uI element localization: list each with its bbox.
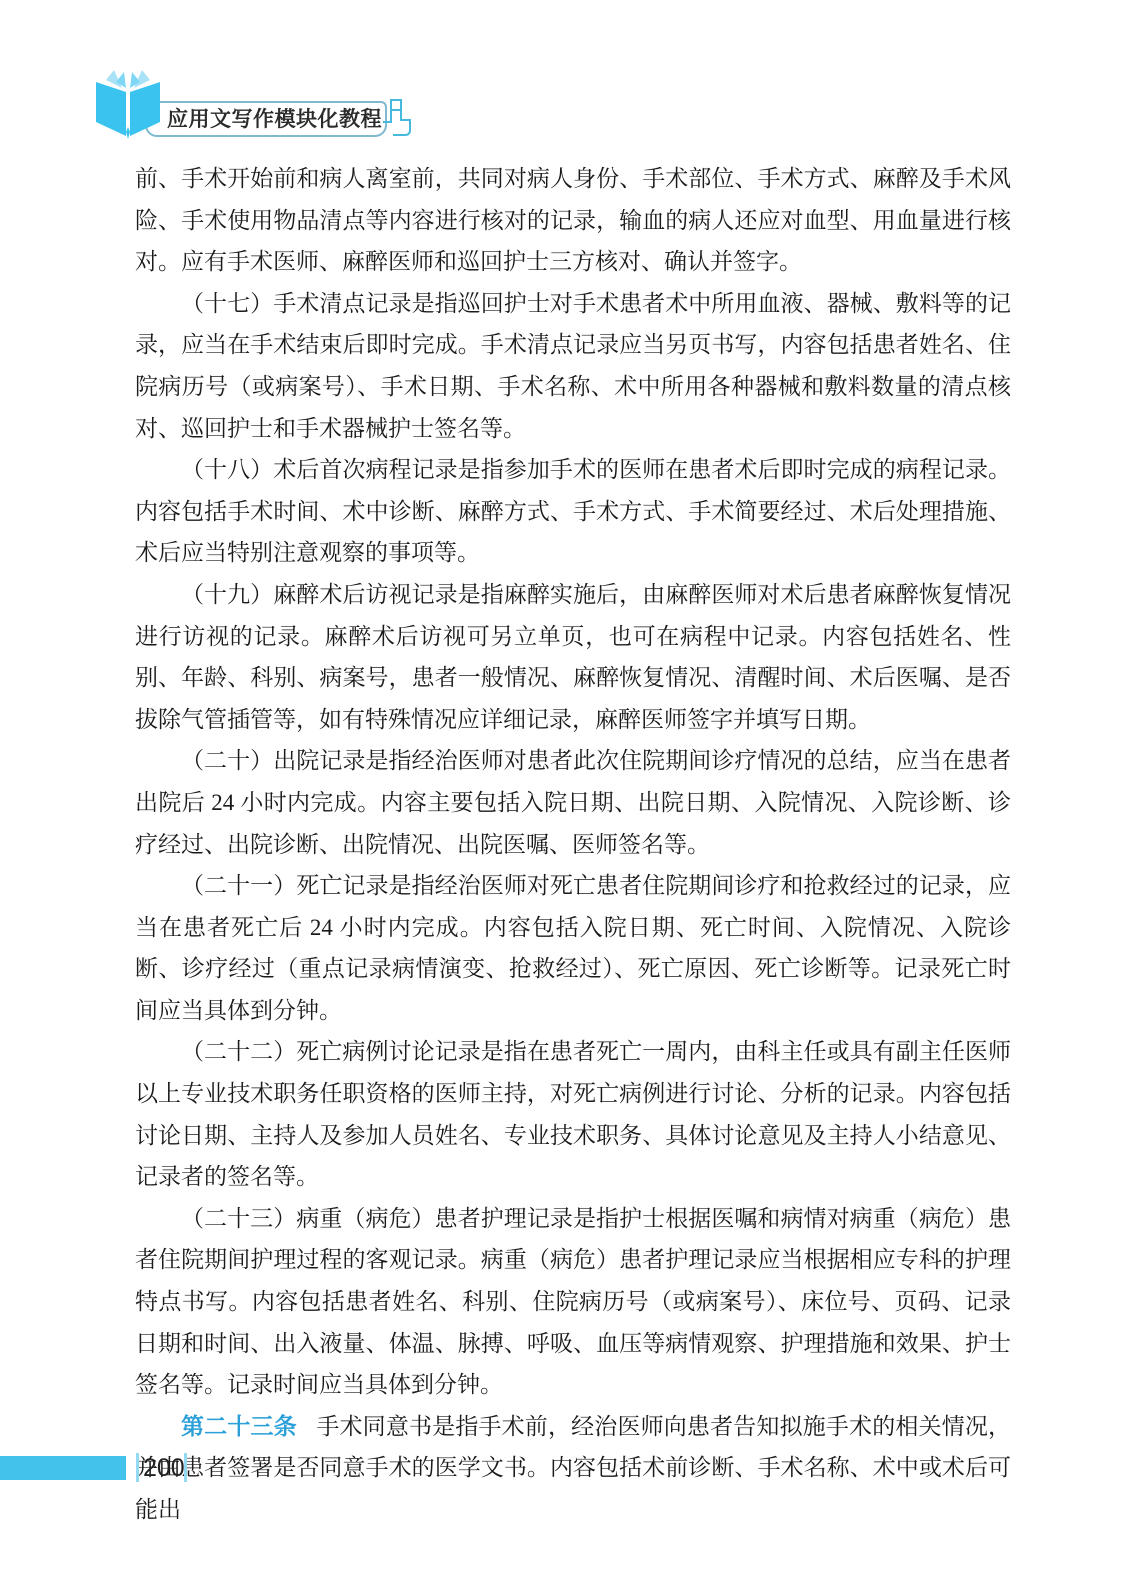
footer-tick-right [184,1453,187,1482]
book-title: 应用文写作模块化教程 [167,104,387,136]
page-number: 200 [143,1453,183,1483]
page-body: 前、手术开始前和病人离室前，共同对病人身份、手术部位、手术方式、麻醉及手术风险、… [135,158,1011,1531]
corner-ornament-icon [383,94,425,138]
document-page: 应用文写作模块化教程 前、手术开始前和病人离室前，共同对病人身份、手术部位、手术… [0,0,1127,1570]
paragraph-continuation: 前、手术开始前和病人离室前，共同对病人身份、手术部位、手术方式、麻醉及手术风险、… [135,158,1011,283]
book-logo-icon [88,64,168,142]
paragraph-item-23: （二十三）病重（病危）患者护理记录是指护士根据医嘱和病情对病重（病危）患者住院期… [135,1198,1011,1406]
paragraph-item-18: （十八）术后首次病程记录是指参加手术的医师在患者术后即时完成的病程记录。内容包括… [135,449,1011,574]
paragraph-article-23: 第二十三条手术同意书是指手术前，经治医师向患者告知拟施手术的相关情况，并由患者签… [135,1406,1011,1531]
footer-accent-bar [0,1456,126,1480]
article-number-label: 第二十三条 [181,1413,297,1439]
paragraph-item-20: （二十）出院记录是指经治医师对患者此次住院期间诊疗情况的总结，应当在患者出院后 … [135,740,1011,865]
paragraph-item-17: （十七）手术清点记录是指巡回护士对手术患者术中所用血液、器械、敷料等的记录，应当… [135,283,1011,449]
paragraph-item-21: （二十一）死亡记录是指经治医师对死亡患者住院期间诊疗和抢救经过的记录，应当在患者… [135,865,1011,1031]
paragraph-item-22: （二十二）死亡病例讨论记录是指在患者死亡一周内，由科主任或具有副主任医师以上专业… [135,1031,1011,1197]
paragraph-item-19: （十九）麻醉术后访视记录是指麻醉实施后，由麻醉医师对术后患者麻醉恢复情况进行访视… [135,574,1011,740]
footer-tick-left [136,1453,139,1482]
